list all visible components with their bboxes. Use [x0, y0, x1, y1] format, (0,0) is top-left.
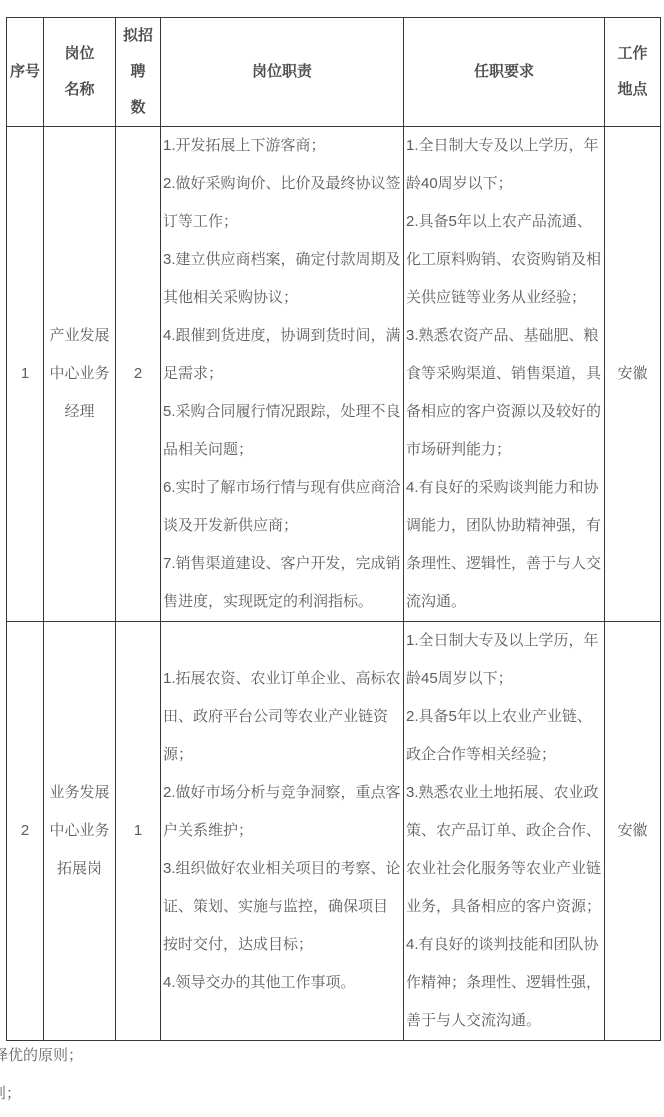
requirement-item: 3.熟悉农资产品、基础肥、粮食等采购渠道、销售渠道，具备相应的客户资源以及较好的…	[406, 317, 602, 469]
col-header-job-requirements: 任职要求	[404, 18, 605, 127]
table-row: 2 业务发展中心业务拓展岗 1 1.拓展农资、农业订单企业、高标农田、政府平台公…	[7, 622, 661, 1041]
cell-job-requirements: 1.全日制大专及以上学历，年龄45周岁以下； 2.具备5年以上农业产业链、政企合…	[404, 622, 605, 1041]
duty-item: 4.领导交办的其他工作事项。	[163, 964, 401, 1002]
duty-item: 2.做好市场分析与竞争洞察，重点客户关系维护；	[163, 774, 401, 850]
table-header-row: 序号 岗位 名称 拟招聘 数 岗位职责 任职要求 工作 地点	[7, 18, 661, 127]
cell-position-name: 业务发展中心业务拓展岗	[44, 622, 116, 1041]
clipped-text-line: 则；	[0, 1084, 21, 1104]
requirement-item: 2.具备5年以上农产品流通、化工原料购销、农资购销及相关供应链等业务从业经验；	[406, 203, 602, 317]
duty-item: 2.做好采购询价、比价及最终协议签订等工作；	[163, 165, 401, 241]
cell-planned-hires: 2	[116, 127, 161, 622]
duty-item: 1.开发拓展上下游客商；	[163, 127, 401, 165]
cell-planned-hires: 1	[116, 622, 161, 1041]
duty-item: 1.拓展农资、农业订单企业、高标农田、政府平台公司等农业产业链资源；	[163, 660, 401, 774]
duty-item: 6.实时了解市场行情与现有供应商洽谈及开发新供应商；	[163, 469, 401, 545]
page: 序号 岗位 名称 拟招聘 数 岗位职责 任职要求 工作 地点 1 产业发展中心业…	[0, 0, 664, 1117]
col-header-planned-hires: 拟招聘 数	[116, 18, 161, 127]
col-header-work-location: 工作 地点	[605, 18, 661, 127]
requirement-item: 1.全日制大专及以上学历，年龄45周岁以下；	[406, 622, 602, 698]
cell-job-duties: 1.拓展农资、农业订单企业、高标农田、政府平台公司等农业产业链资源； 2.做好市…	[161, 622, 404, 1041]
table-row: 1 产业发展中心业务经理 2 1.开发拓展上下游客商； 2.做好采购询价、比价及…	[7, 127, 661, 622]
requirement-item: 4.有良好的谈判技能和团队协作精神；条理性、逻辑性强，善于与人交流沟通。	[406, 926, 602, 1040]
cell-job-duties: 1.开发拓展上下游客商； 2.做好采购询价、比价及最终协议签订等工作； 3.建立…	[161, 127, 404, 622]
duty-item: 4.跟催到货进度，协调到货时间，满足需求；	[163, 317, 401, 393]
cell-serial-number: 1	[7, 127, 44, 622]
requirement-item: 2.具备5年以上农业产业链、政企合作等相关经验；	[406, 698, 602, 774]
duty-item: 7.销售渠道建设、客户开发，完成销售进度，实现既定的利润指标。	[163, 545, 401, 621]
requirement-item: 4.有良好的采购谈判能力和协调能力，团队协助精神强，有条理性、逻辑性，善于与人交…	[406, 469, 602, 621]
cell-work-location: 安徽	[605, 127, 661, 622]
clipped-text-line: 择优的原则；	[0, 1046, 83, 1066]
cell-position-name: 产业发展中心业务经理	[44, 127, 116, 622]
cell-work-location: 安徽	[605, 622, 661, 1041]
col-header-position-name: 岗位 名称	[44, 18, 116, 127]
requirement-item: 3.熟悉农业土地拓展、农业政策、农产品订单、政企合作、农业社会化服务等农业产业链…	[406, 774, 602, 926]
duty-item: 5.采购合同履行情况跟踪，处理不良品相关问题；	[163, 393, 401, 469]
cell-job-requirements: 1.全日制大专及以上学历，年龄40周岁以下； 2.具备5年以上农产品流通、化工原…	[404, 127, 605, 622]
job-positions-table: 序号 岗位 名称 拟招聘 数 岗位职责 任职要求 工作 地点 1 产业发展中心业…	[6, 17, 661, 1041]
duty-item: 3.建立供应商档案，确定付款周期及其他相关采购协议；	[163, 241, 401, 317]
col-header-serial-number: 序号	[7, 18, 44, 127]
col-header-job-duties: 岗位职责	[161, 18, 404, 127]
cell-serial-number: 2	[7, 622, 44, 1041]
requirement-item: 1.全日制大专及以上学历，年龄40周岁以下；	[406, 127, 602, 203]
duty-item: 3.组织做好农业相关项目的考察、论证、策划、实施与监控，确保项目按时交付，达成目…	[163, 850, 401, 964]
